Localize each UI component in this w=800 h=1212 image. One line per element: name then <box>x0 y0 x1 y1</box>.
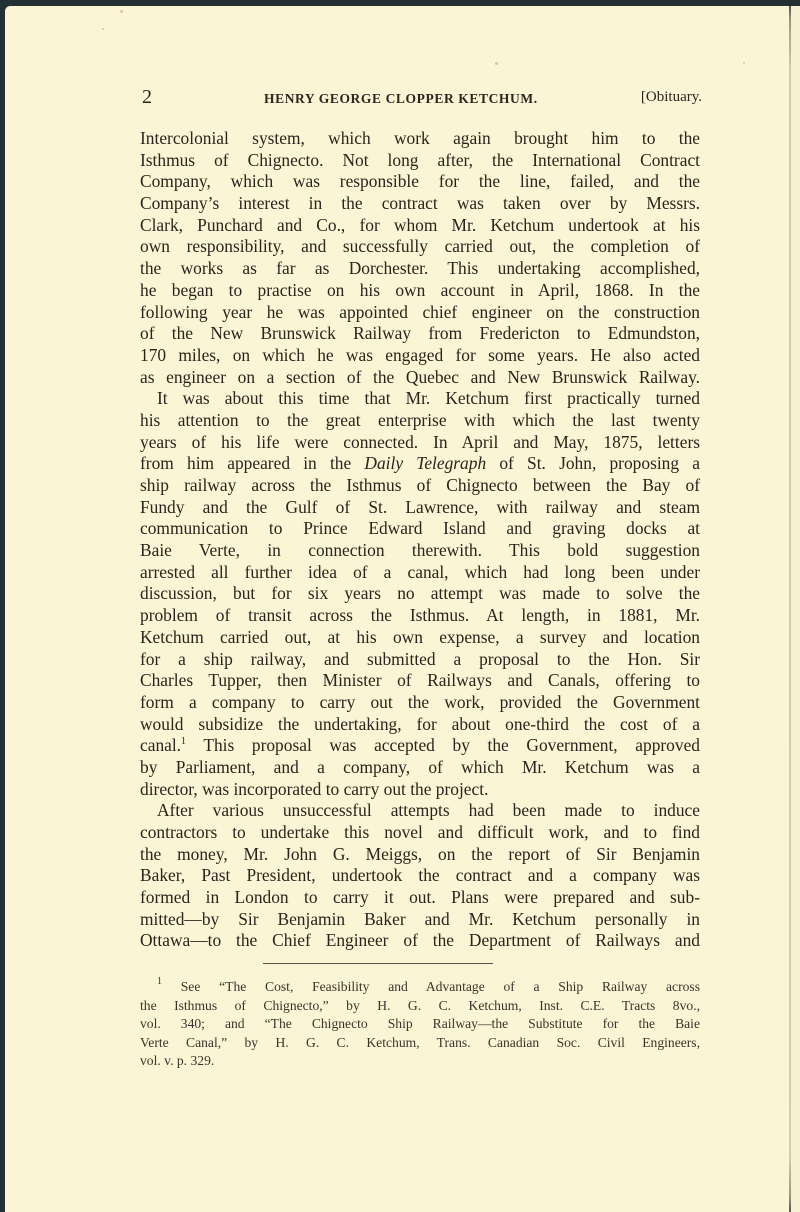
text-line: Company, which was responsible for the l… <box>140 171 700 193</box>
text-line: his attention to the great enterprise wi… <box>140 410 700 432</box>
text-line: the works as far as Dorchester. This und… <box>140 258 700 280</box>
text-line: problem of transit across the Isthmus. A… <box>140 605 700 627</box>
text-line: discussion, but for six years no attempt… <box>140 583 700 605</box>
paragraph-end-line: director, was incorporated to carry out … <box>140 779 700 801</box>
paper-speck <box>120 10 123 13</box>
body-text: Intercolonial system, which work again b… <box>140 128 700 952</box>
paper-speck <box>743 62 745 64</box>
text-line-with-italic: from him appeared in the Daily Telegraph… <box>140 453 700 475</box>
text-line: would subsidize the undertaking, for abo… <box>140 714 700 736</box>
text-line: mitted—by Sir Benjamin Baker and Mr. Ket… <box>140 909 700 931</box>
text-fragment: canal. <box>140 735 181 755</box>
text-line: by Parliament, and a company, of which M… <box>140 757 700 779</box>
text-line: Ketchum carried out, at his own expense,… <box>140 627 700 649</box>
footnote: 1 See “The Cost, Feasibility and Advanta… <box>140 978 700 1071</box>
paragraph-start-line: After various unsuccessful attempts had … <box>140 800 700 822</box>
text-line: own responsibility, and successfully car… <box>140 236 700 258</box>
footnote-divider <box>263 963 493 964</box>
text-line: 170 miles, on which he was engaged for s… <box>140 345 700 367</box>
newspaper-title: Daily Telegraph <box>364 453 486 473</box>
gutter-edge <box>791 6 800 1212</box>
section-tag: [Obituary. <box>641 89 702 106</box>
paragraph-start-line: It was about this time that Mr. Ketchum … <box>140 388 700 410</box>
text-line: Baie Verte, in connection therewith. Thi… <box>140 540 700 562</box>
footnote-line: Verte Canal,” by H. G. C. Ketchum, Trans… <box>140 1034 700 1053</box>
text-line: Baker, Past President, undertook the con… <box>140 865 700 887</box>
page-number: 2 <box>142 86 152 109</box>
text-line: Fundy and the Gulf of St. Lawrence, with… <box>140 497 700 519</box>
text-line: he began to practise on his own account … <box>140 280 700 302</box>
text-line: contractors to undertake this novel and … <box>140 822 700 844</box>
footnote-line: 1 See “The Cost, Feasibility and Advanta… <box>140 978 700 997</box>
text-line: Isthmus of Chignecto. Not long after, th… <box>140 150 700 172</box>
footnote-line: the Isthmus of Chignecto,” by H. G. C. K… <box>140 997 700 1016</box>
paper-speck <box>495 62 498 65</box>
text-line: for a ship railway, and submitted a prop… <box>140 649 700 671</box>
running-title: HENRY GEORGE CLOPPER KETCHUM. <box>264 91 538 107</box>
text-line: years of his life were connected. In Apr… <box>140 432 700 454</box>
text-line: formed in London to carry it out. Plans … <box>140 887 700 909</box>
footnote-line: vol. v. p. 329. <box>140 1052 700 1071</box>
text-line: the money, Mr. John G. Meiggs, on the re… <box>140 844 700 866</box>
text-fragment: See “The Cost, Feasibility and Advantage… <box>162 979 700 994</box>
text-line: Charles Tupper, then Minister of Railway… <box>140 670 700 692</box>
text-line: of the New Brunswick Railway from Freder… <box>140 323 700 345</box>
text-line: following year he was appointed chief en… <box>140 302 700 324</box>
text-line: Intercolonial system, which work again b… <box>140 128 700 150</box>
text-line-with-footnote-ref: canal.1 This proposal was accepted by th… <box>140 735 700 757</box>
text-line: Ottawa—to the Chief Engineer of the Depa… <box>140 930 700 952</box>
text-line: form a company to carry out the work, pr… <box>140 692 700 714</box>
gutter-line <box>789 6 791 1212</box>
text-fragment: of St. John, proposing a <box>486 453 700 473</box>
text-line: communication to Prince Edward Island an… <box>140 518 700 540</box>
text-line: ship railway across the Isthmus of Chign… <box>140 475 700 497</box>
text-line: Clark, Punchard and Co., for whom Mr. Ke… <box>140 215 700 237</box>
text-fragment: This proposal was accepted by the Govern… <box>186 735 700 755</box>
text-line: as engineer on a section of the Quebec a… <box>140 367 700 389</box>
running-head: 2 HENRY GEORGE CLOPPER KETCHUM. [Obituar… <box>142 86 702 112</box>
footnote-line: vol. 340; and “The Chignecto Ship Railwa… <box>140 1015 700 1034</box>
text-fragment: from him appeared in the <box>140 453 351 473</box>
text-line: Company’s interest in the contract was t… <box>140 193 700 215</box>
text-line: arrested all further idea of a canal, wh… <box>140 562 700 584</box>
paper-speck <box>102 28 104 30</box>
